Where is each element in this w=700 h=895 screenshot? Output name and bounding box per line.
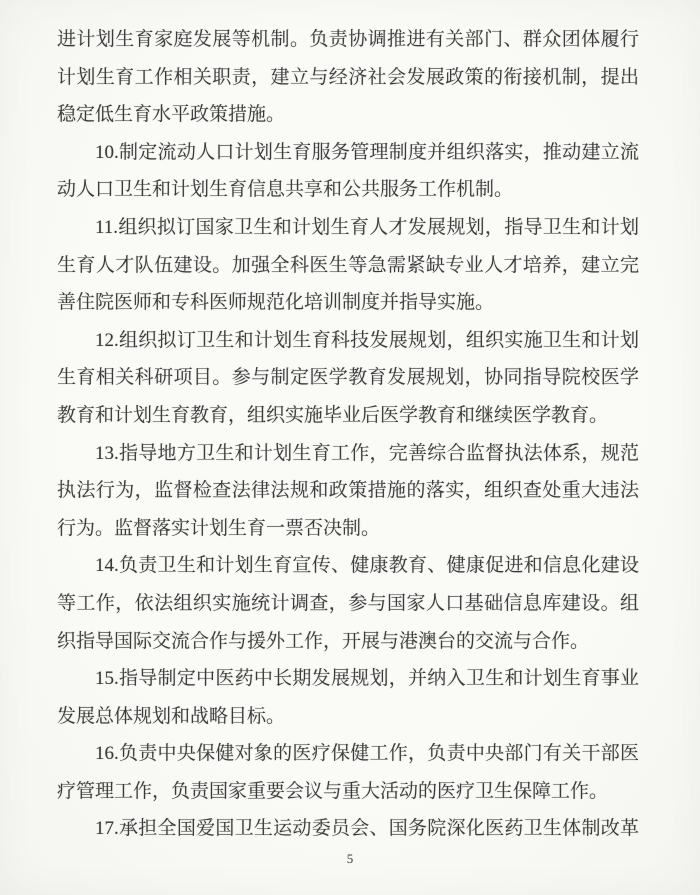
text-line: 13.指导地方卫生和计划生育工作，完善综合监督执法体系，规范	[57, 435, 639, 473]
text-line: 16.负责中央保健对象的医疗保健工作，负责中央部门有关干部医	[57, 735, 639, 773]
text-line: 15.指导制定中医药中长期发展规划，并纳入卫生和计划生育事业	[57, 660, 639, 698]
text-line: 生育相关科研项目。参与制定医学教育发展规划，协同指导院校医学	[57, 359, 639, 397]
text-line: 生育人才队伍建设。加强全科医生等急需紧缺专业人才培养，建立完	[57, 247, 639, 285]
text-line: 织指导国际交流合作与援外工作，开展与港澳台的交流与合作。	[57, 623, 639, 661]
text-line: 14.负责卫生和计划生育宣传、健康教育、健康促进和信息化建设	[57, 547, 639, 585]
text-line: 稳定低生育水平政策措施。	[57, 96, 639, 134]
text-line: 执法行为，监督检查法律法规和政策措施的落实，组织查处重大违法	[57, 472, 639, 510]
text-line: 疗管理工作，负责国家重要会议与重大活动的医疗卫生保障工作。	[57, 773, 639, 811]
document-body: 进计划生育家庭发展等机制。负责协调推进有关部门、群众团体履行计划生育工作相关职责…	[57, 21, 639, 848]
page-number: 5	[0, 851, 700, 867]
text-line: 动人口卫生和计划生育信息共享和公共服务工作机制。	[57, 171, 639, 209]
text-line: 10.制定流动人口计划生育服务管理制度并组织落实，推动建立流	[57, 134, 639, 172]
text-line: 17.承担全国爱国卫生运动委员会、国务院深化医药卫生体制改革	[57, 810, 639, 848]
text-line: 等工作，依法组织实施统计调查，参与国家人口基础信息库建设。组	[57, 585, 639, 623]
scanned-document-page: 进计划生育家庭发展等机制。负责协调推进有关部门、群众团体履行计划生育工作相关职责…	[0, 0, 700, 895]
text-line: 教育和计划生育教育，组织实施毕业后医学教育和继续医学教育。	[57, 397, 639, 435]
text-line: 善住院医师和专科医师规范化培训制度并指导实施。	[57, 284, 639, 322]
text-line: 发展总体规划和战略目标。	[57, 698, 639, 736]
text-line: 12.组织拟订卫生和计划生育科技发展规划，组织实施卫生和计划	[57, 322, 639, 360]
text-line: 行为。监督落实计划生育一票否决制。	[57, 510, 639, 548]
text-line: 计划生育工作相关职责，建立与经济社会发展政策的衔接机制，提出	[57, 59, 639, 97]
text-line: 11.组织拟订国家卫生和计划生育人才发展规划，指导卫生和计划	[57, 209, 639, 247]
text-line: 进计划生育家庭发展等机制。负责协调推进有关部门、群众团体履行	[57, 21, 639, 59]
